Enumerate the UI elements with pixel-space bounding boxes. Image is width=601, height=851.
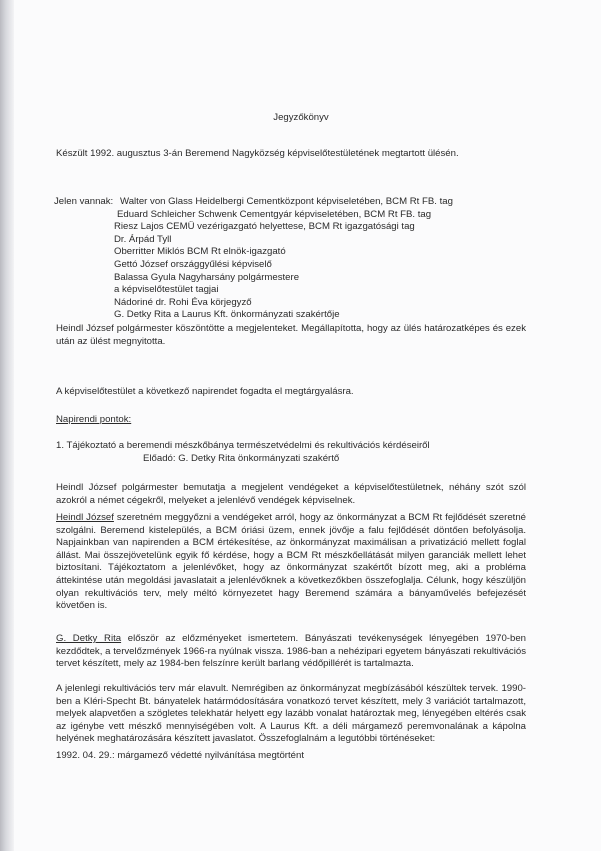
intro-text: Készült 1992. augusztus 3-án Beremend Na… [56,148,526,161]
attendee: Riesz Lajos CEMÜ vezérigazgató helyettes… [114,221,415,232]
paragraph: Heindl József polgármester bemutatja a m… [56,482,526,507]
agenda-item-text: 1. Tájékoztató a beremendi mészkőbánya t… [56,440,536,453]
attendee: Walter von Glass Heidelbergi Cementközpo… [120,196,453,207]
attendees-label: Jelen vannak: [54,196,120,209]
paragraph-text: először az előzményeket ismertetem. Bány… [56,633,526,669]
paragraph: A jelenlegi rekultivációs terv már elavu… [56,683,526,746]
speaker-name: Heindl József [56,512,114,523]
agenda-item: 1. Tájékoztató a beremendi mészkőbánya t… [56,440,536,465]
attendee-row: Dr. Árpád Tyll [54,234,534,247]
agenda-heading: Napirendi pontok: [56,414,526,427]
events-list: 1992. 04. 29.: márgamező védetté nyilván… [56,750,526,763]
intro-paragraph: Készült 1992. augusztus 3-án Beremend Na… [56,148,526,161]
paragraph-text: szeretném meggyőzni a vendégeket arról, … [56,512,526,611]
opening-text: Heindl József polgármester köszöntötte a… [56,323,526,348]
attendee-row: a képviselőtestület tagjai [54,284,534,297]
attendees-list: Jelen vannak:Walter von Glass Heidelberg… [54,196,534,322]
attendee: Dr. Árpád Tyll [114,234,171,245]
paragraph: Heindl József szeretném meggyőzni a vend… [56,512,526,613]
attendee-row: Nádoriné dr. Rohi Éva körjegyző [54,297,534,310]
scan-shadow-edge [0,0,14,851]
agenda-item-presenter: Előadó: G. Detky Rita önkormányzati szak… [56,453,536,466]
attendee-row: Gettó József országgyűlési képviselő [54,259,534,272]
attendee: Nádoriné dr. Rohi Éva körjegyző [114,297,252,308]
paragraph-text: A jelenlegi rekultivációs terv már elavu… [56,683,526,744]
attendee-row: Jelen vannak:Walter von Glass Heidelberg… [54,196,534,209]
attendee-row: Riesz Lajos CEMÜ vezérigazgató helyettes… [54,221,534,234]
opening-paragraph: Heindl József polgármester köszöntötte a… [56,323,526,348]
paragraph-text: Heindl József polgármester bemutatja a m… [56,482,526,506]
speaker-name: G. Detky Rita [56,633,121,644]
attendee-row: G. Detky Rita a Laurus Kft. önkormányzat… [54,309,534,322]
attendee: Eduard Schleicher Schwenk Cementgyár kép… [117,209,431,220]
attendee: Oberritter Miklós BCM Rt elnök-igazgató [114,246,286,257]
agenda-heading-text: Napirendi pontok: [56,414,526,427]
attendee: Balassa Gyula Nagyharsány polgármestere [114,272,299,283]
attendee: a képviselőtestület tagjai [114,284,219,295]
attendee-row: Balassa Gyula Nagyharsány polgármestere [54,272,534,285]
attendee-row: Oberritter Miklós BCM Rt elnök-igazgató [54,246,534,259]
paragraph: G. Detky Rita először az előzményeket is… [56,633,526,671]
event-item: 1992. 04. 29.: márgamező védetté nyilván… [56,750,526,763]
agenda-intro-text: A képviselőtestület a következő napirend… [56,386,526,399]
attendee: G. Detky Rita a Laurus Kft. önkormányzat… [114,309,340,320]
attendee-row: Eduard Schleicher Schwenk Cementgyár kép… [54,209,534,222]
attendee: Gettó József országgyűlési képviselő [114,259,272,270]
agenda-intro: A képviselőtestület a következő napirend… [56,386,526,399]
document-title: Jegyzőkönyv [56,112,546,125]
